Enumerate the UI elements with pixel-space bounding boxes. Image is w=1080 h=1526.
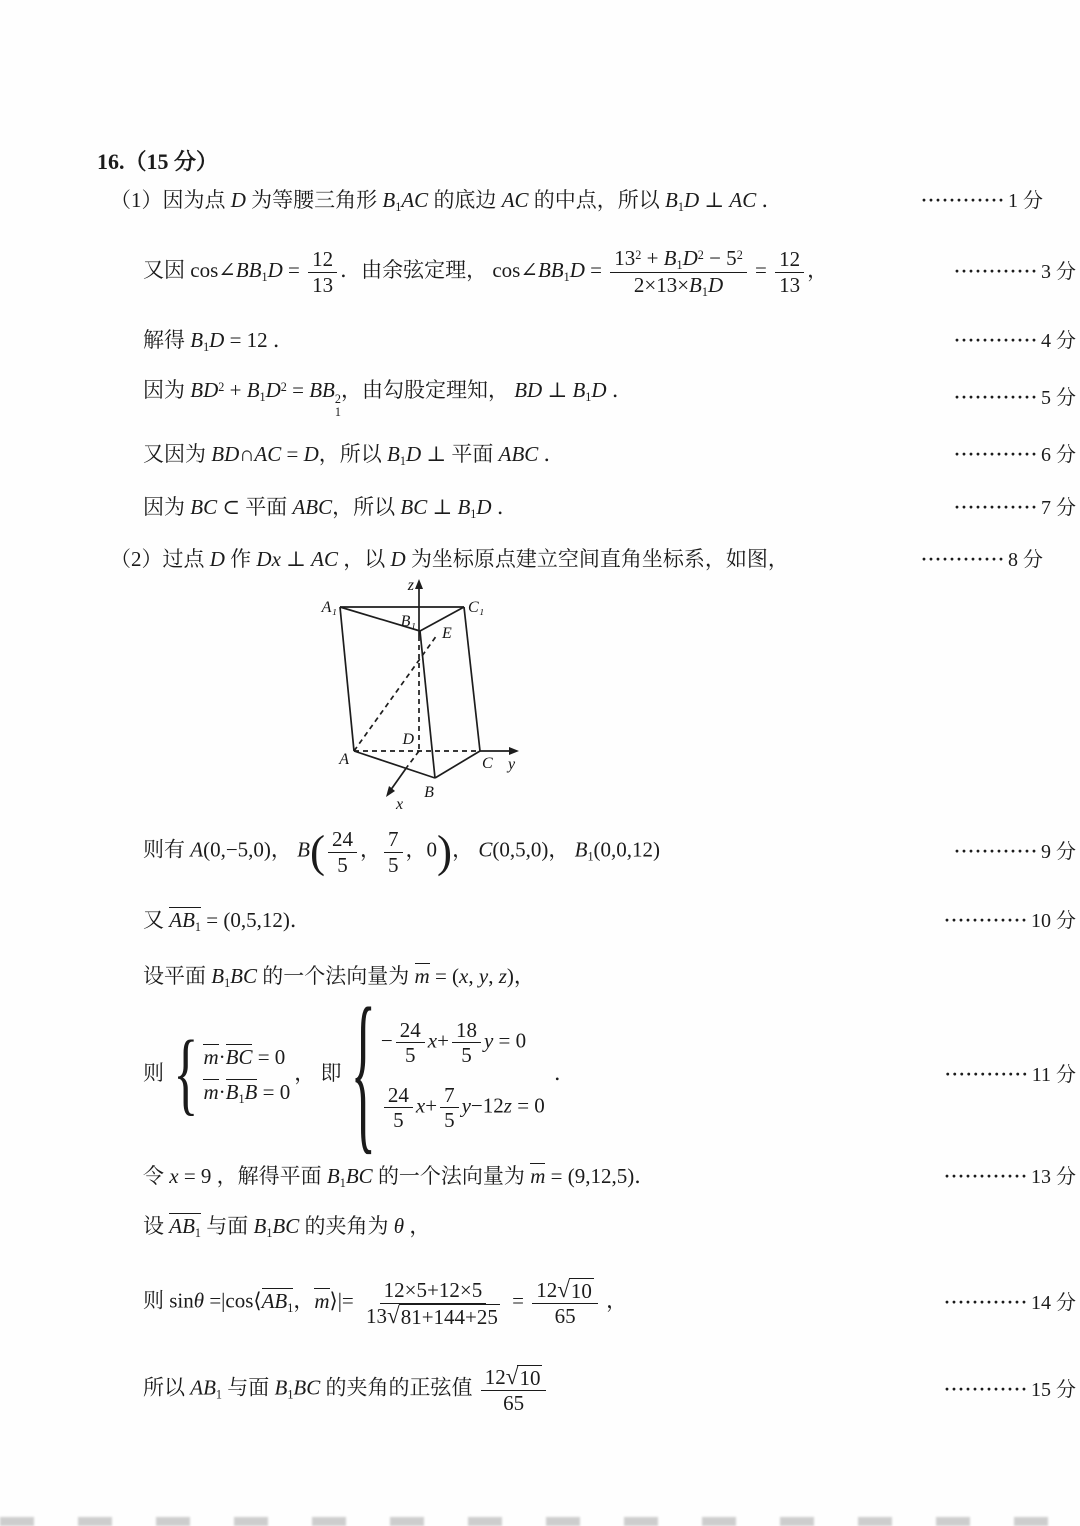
score-label: 8 分 <box>1008 547 1043 573</box>
score-marker: ············3 分 <box>954 259 1076 285</box>
solution-step-4: 解得 B1D = 12 ． ············4 分 <box>0 326 1080 356</box>
score-label: 10 分 <box>1031 908 1076 934</box>
step-text: 解得 B1D = 12 ． <box>143 327 294 356</box>
score-label: 1 分 <box>1008 188 1043 214</box>
dotted-leader: ············ <box>954 496 1038 519</box>
score-marker: ············11 分 <box>945 1062 1076 1088</box>
label-B: B <box>424 784 434 801</box>
label-y-axis: y <box>506 756 516 773</box>
dotted-leader: ············ <box>945 1063 1029 1086</box>
solution-step-14: 则 sinθ =|cos⟨AB1，m⟩|= 12×5+12×513√81+144… <box>0 1270 1080 1336</box>
dotted-leader: ············ <box>944 1165 1028 1188</box>
step-text: 设 AB1 与面 B1BC 的夹角为 θ ， <box>143 1213 430 1242</box>
label-A: A <box>338 751 349 768</box>
page-bottom-scan-artifact <box>0 1517 1080 1526</box>
score-label: 4 分 <box>1041 328 1076 354</box>
solution-step-8: （2）过点 D 作 Dx ⊥ AC ，以 D 为坐标原点建立空间直角坐标系，如图… <box>0 545 1080 575</box>
label-C: C <box>482 755 493 772</box>
dotted-leader: ············ <box>944 1291 1028 1314</box>
step-text: 因为 BC ⊂ 平面 ABC，所以 BC ⊥ B1D ． <box>143 494 518 523</box>
solution-step-15: 所以 AB1 与面 B1BC 的夹角的正弦值 12√1065 ·········… <box>0 1358 1080 1422</box>
score-marker: ············9 分 <box>954 839 1076 865</box>
score-label: 5 分 <box>1041 385 1076 411</box>
score-marker: ············5 分 <box>954 385 1076 411</box>
prism-figure: z A₁ C₁ B₁ E A D C B x y <box>312 576 537 816</box>
label-E: E <box>441 625 452 642</box>
score-label: 3 分 <box>1041 259 1076 285</box>
score-marker: ············6 分 <box>954 442 1076 468</box>
dotted-leader: ············ <box>954 329 1038 352</box>
solution-step-6: 又因为 BD∩AC = D，所以 B1D ⊥ 平面 ABC ． ········… <box>0 440 1080 470</box>
score-marker: ············10 分 <box>944 908 1076 934</box>
dotted-leader: ············ <box>954 260 1038 283</box>
z-axis-arrow <box>415 579 423 589</box>
label-x-axis: x <box>395 796 403 813</box>
step-text: 又因 cos∠BB1D = 1213．由余弦定理， cos∠BB1D = 132… <box>143 246 828 299</box>
step-text: （1）因为点 D 为等腰三角形 B1AC 的底边 AC 的中点，所以 B1D ⊥… <box>110 187 782 216</box>
score-label: 7 分 <box>1041 495 1076 521</box>
label-C1: C₁ <box>468 599 484 616</box>
solution-step-angle-setup: 设 AB1 与面 B1BC 的夹角为 θ ， <box>0 1212 1080 1242</box>
score-marker: ············8 分 <box>921 547 1043 573</box>
step-text: 又因为 BD∩AC = D，所以 B1D ⊥ 平面 ABC ． <box>143 441 565 470</box>
exam-solution-page: 16.（15 分） （1）因为点 D 为等腰三角形 B1AC 的底边 AC 的中… <box>0 0 1080 1526</box>
label-B1: B₁ <box>401 613 416 630</box>
prism-figure-svg: z A₁ C₁ B₁ E A D C B x y <box>312 576 537 816</box>
step-text: 又 AB1 = (0,5,12)． <box>143 907 311 934</box>
label-z-axis: z <box>407 577 415 594</box>
step-text: 令 x = 9 ，解得平面 B1BC 的一个法向量为 m = (9,12,5)． <box>143 1163 655 1192</box>
score-marker: ············15 分 <box>944 1377 1076 1403</box>
label-D: D <box>401 731 414 748</box>
dotted-leader: ············ <box>944 1378 1028 1401</box>
solution-step-11: 则 {m·BC = 0m·B1B = 0， 即 {−245x+185y = 02… <box>0 1010 1080 1140</box>
dotted-leader: ············ <box>921 548 1005 571</box>
step-text: （2）过点 D 作 Dx ⊥ AC ，以 D 为坐标原点建立空间直角坐标系，如图… <box>110 546 789 573</box>
axis-arrowheads <box>386 579 519 797</box>
score-label: 11 分 <box>1032 1062 1076 1088</box>
solution-step-13: 令 x = 9 ，解得平面 B1BC 的一个法向量为 m = (9,12,5)．… <box>0 1162 1080 1192</box>
step-text: 则有 A(0,−5,0)， B(245，75，0)， C(0,5,0)， B1(… <box>143 827 660 876</box>
solution-step-normal-vector: 设平面 B1BC 的一个法向量为 m = (x, y, z)， <box>0 962 1080 992</box>
step-text: 所以 AB1 与面 B1BC 的夹角的正弦值 12√1065 <box>143 1365 549 1414</box>
label-A1: A₁ <box>321 599 337 616</box>
score-marker: ············4 分 <box>954 328 1076 354</box>
score-marker: ············7 分 <box>954 495 1076 521</box>
dotted-leader: ············ <box>954 443 1038 466</box>
dotted-leader: ············ <box>954 840 1038 863</box>
solution-step-9: 则有 A(0,−5,0)， B(245，75，0)， C(0,5,0)， B1(… <box>0 817 1080 887</box>
solution-step-7: 因为 BC ⊂ 平面 ABC，所以 BC ⊥ B1D ． ···········… <box>0 493 1080 523</box>
score-label: 13 分 <box>1031 1164 1076 1190</box>
dotted-leader: ············ <box>944 909 1028 932</box>
step-text: 因为 BD2 + B1D2 = BB21，由勾股定理知， BD ⊥ B1D ． <box>143 377 633 418</box>
step-text: 则 {m·BC = 0m·B1B = 0， 即 {−245x+185y = 02… <box>143 1018 575 1133</box>
score-label: 15 分 <box>1031 1377 1076 1403</box>
dotted-leader: ············ <box>954 386 1038 409</box>
y-axis-arrow <box>509 747 519 755</box>
solution-step-3: 又因 cos∠BB1D = 1213．由余弦定理， cos∠BB1D = 132… <box>0 237 1080 307</box>
question-number-heading: 16.（15 分） <box>97 145 218 176</box>
x-axis-arrow <box>386 786 395 797</box>
solution-step-1: （1）因为点 D 为等腰三角形 B1AC 的底边 AC 的中点，所以 B1D ⊥… <box>0 186 1080 216</box>
score-label: 14 分 <box>1031 1290 1076 1316</box>
dotted-leader: ············ <box>921 189 1005 212</box>
step-text: 则 sinθ =|cos⟨AB1，m⟩|= 12×5+12×513√81+144… <box>143 1278 627 1327</box>
score-marker: ············1 分 <box>921 188 1043 214</box>
score-label: 6 分 <box>1041 442 1076 468</box>
score-label: 9 分 <box>1041 839 1076 865</box>
step-text: 设平面 B1BC 的一个法向量为 m = (x, y, z)， <box>143 963 535 992</box>
solution-step-10: 又 AB1 = (0,5,12)． ············10 分 <box>0 906 1080 936</box>
solution-step-5: 因为 BD2 + B1D2 = BB21，由勾股定理知， BD ⊥ B1D ． … <box>0 383 1080 413</box>
score-marker: ············14 分 <box>944 1290 1076 1316</box>
score-marker: ············13 分 <box>944 1164 1076 1190</box>
